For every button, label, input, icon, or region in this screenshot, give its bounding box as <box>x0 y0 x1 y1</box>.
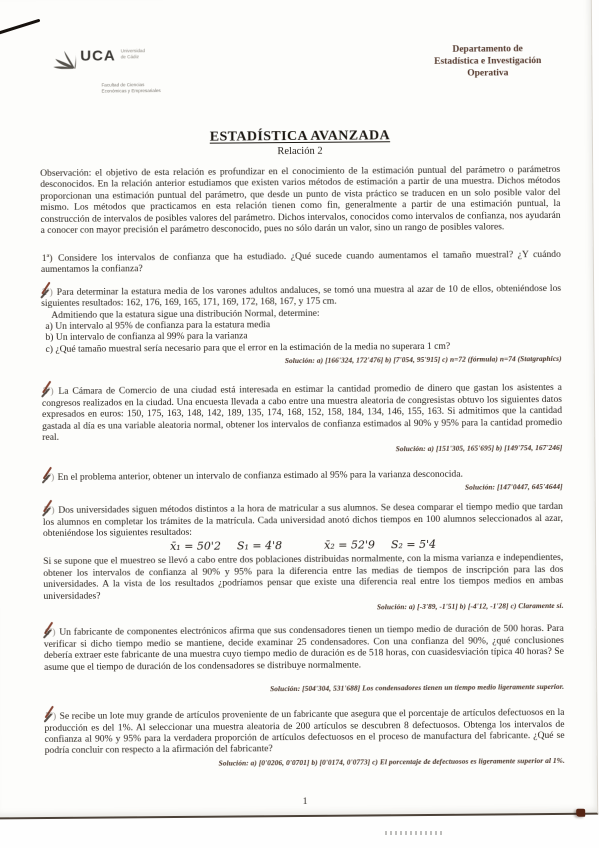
university-logo: UCA Universidad de Cádiz <box>51 48 145 73</box>
problem-4-number: 4ª) <box>43 471 56 483</box>
problem-1-statement: 1ª) Considere los intervalos de confianz… <box>41 249 561 276</box>
problem-3-solution: Solución: a) [151'305, 165'695] b) [149'… <box>42 443 562 456</box>
page-number: 1 <box>45 795 565 809</box>
problem-6-statement: 6ª) Un fabricante de componentes electró… <box>44 623 564 673</box>
problem-3-statement: 3ª) La Cámara de Comercio de una ciudad … <box>42 382 562 443</box>
university-name-line2: de Cádiz <box>121 54 145 60</box>
university-name-line1: Universidad <box>121 48 145 54</box>
problem-6-text: Un fabricante de componentes electrónico… <box>44 623 564 672</box>
problem-6-number: 6ª) <box>44 627 57 639</box>
problem-2-number: 2ª) <box>41 287 54 299</box>
problem-6-solution: Solución: [504'304, 531'688] Los condens… <box>44 682 564 695</box>
scanned-document: UCA Universidad de Cádiz Facultad de Cie… <box>0 0 599 848</box>
page-header: UCA Universidad de Cádiz Facultad de Cie… <box>39 39 560 131</box>
problem-5-continuation: Si se supone que el muestreo se llevó a … <box>43 552 563 602</box>
problem-4: 4ª) En el problema anterior, obtener un … <box>43 468 563 496</box>
sample1-sd: S₁ = 4'8 <box>237 540 282 553</box>
problem-5-number: 5ª) <box>43 505 56 517</box>
problem-7: 7ª) Se recibe un lote muy grande de artí… <box>44 707 564 769</box>
problem-6: 6ª) Un fabricante de componentes electró… <box>44 623 565 695</box>
problem-1-number: 1ª) <box>41 253 54 265</box>
department-name: Departamento de Estadística e Investigac… <box>434 43 541 80</box>
problem-2: 2ª) Para determinar la estatura media de… <box>41 283 562 368</box>
sample2-mean: x̄₂ = 52'9 <box>324 539 375 552</box>
faculty-name: Facultad de Ciencias Económicas y Empres… <box>101 82 160 95</box>
problem-2-solution: Solución: a) [166'324, 172'476] b) [7'05… <box>42 354 562 367</box>
problem-7-number: 7ª) <box>44 711 57 723</box>
illegible-footer-marks <box>385 831 443 835</box>
department-line2: Estadística e Investigación <box>434 55 541 68</box>
department-line1: Departamento de <box>434 43 541 56</box>
sample1-mean: x̄₁ = 50'2 <box>170 540 221 553</box>
problem-5-text: Dos universidades siguen métodos distint… <box>43 501 563 539</box>
problem-3: 3ª) La Cámara de Comercio de una ciudad … <box>42 382 563 455</box>
problem-7-text: Se recibe un lote muy grande de artículo… <box>44 707 564 756</box>
problem-5-solution: Solución: a) [-3'89, -1'51] b) [-4'12, -… <box>44 601 564 614</box>
observation-note: Observación: el objetivo de esta relació… <box>40 164 561 237</box>
problem-7-solution: Solución: a) [0'0206, 0'0701] b) [0'0174… <box>45 756 565 769</box>
problem-1-text: Considere los intervalos de confianza qu… <box>41 249 561 276</box>
uca-leaves-icon <box>51 49 77 73</box>
problem-7-statement: 7ª) Se recibe un lote muy grande de artí… <box>44 707 564 757</box>
problem-4-text: En el problema anterior, obtener un inte… <box>58 468 463 482</box>
uca-acronym: UCA <box>80 48 116 63</box>
university-name: Universidad de Cádiz <box>121 48 145 59</box>
page-content: UCA Universidad de Cádiz Facultad de Cie… <box>0 39 597 810</box>
paper-sheet: UCA Universidad de Cádiz Facultad de Cie… <box>0 0 598 819</box>
department-line3: Operativa <box>434 67 541 80</box>
problem-5: 5ª) Dos universidades siguen métodos dis… <box>43 501 564 614</box>
scan-corner-mark <box>576 809 585 817</box>
problem-4-statement: 4ª) En el problema anterior, obtener un … <box>43 468 563 484</box>
problem-5-statement: 5ª) Dos universidades siguen métodos dis… <box>43 501 563 539</box>
problem-5-statistics: x̄₁ = 50'2 S₁ = 4'8 x̄₂ = 52'9 S₂ = 5'4 <box>43 537 563 554</box>
problem-3-text: La Cámara de Comercio de una ciudad está… <box>42 382 562 443</box>
sample2-sd: S₂ = 5'4 <box>391 538 436 551</box>
problem-4-solution: Solución: [147'0447, 645'4644] <box>43 482 563 495</box>
problem-3-number: 3ª) <box>42 386 55 398</box>
faculty-line2: Económicas y Empresariales <box>102 88 161 95</box>
handwritten-pen-stroke <box>0 19 41 35</box>
